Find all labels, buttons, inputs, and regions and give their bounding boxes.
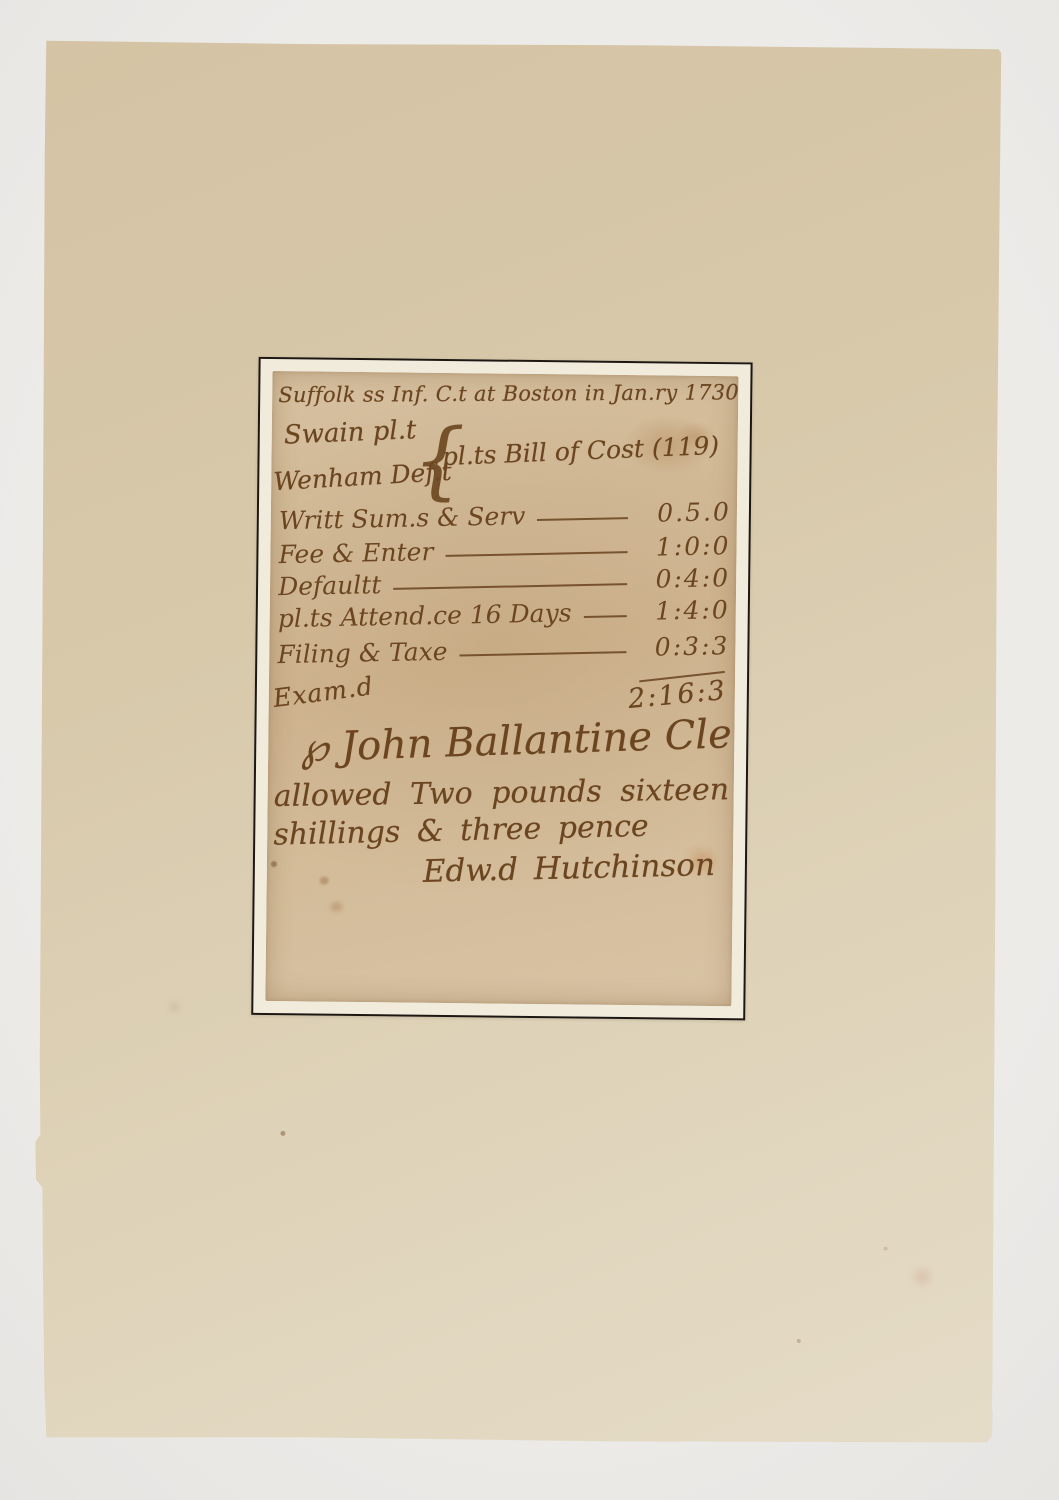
header-line: Suffolk ss Inf. C.t at Boston in Jan.ry … — [278, 380, 738, 407]
pen-rule — [537, 517, 628, 521]
fox-spot — [330, 902, 342, 912]
cost-item-label: pl.ts Attend.ce 16 Days — [278, 598, 572, 633]
cost-item-label: Writt Sum.s & Serv — [279, 501, 526, 535]
cost-item-amount: 0.5.0 — [636, 497, 732, 528]
paper-speck — [884, 1247, 888, 1251]
cost-item-label: Filing & Taxe — [277, 637, 448, 669]
cost-item-label: Defaultt — [278, 570, 382, 601]
fox-spot — [164, 999, 184, 1015]
mount-frame: Suffolk ss Inf. C.t at Boston in Jan.ry … — [251, 357, 752, 1021]
cost-item-amount: 0:4:0 — [635, 563, 731, 594]
allowance-line-1: allowed Two pounds sixteen — [273, 772, 729, 814]
ink-spot — [271, 861, 277, 867]
cost-item-amount: 0:3:3 — [634, 631, 730, 662]
cost-item-label: Fee & Enter — [278, 537, 433, 569]
manuscript-document: Suffolk ss Inf. C.t at Boston in Jan.ry … — [265, 371, 738, 1006]
plaintiff-name: Swain pl.t — [283, 415, 417, 450]
fox-spot — [907, 1265, 937, 1289]
paper-speck — [797, 1339, 801, 1343]
cost-item-row: Filing & Taxe 0:3:3 — [277, 631, 729, 669]
backing-sheet: Suffolk ss Inf. C.t at Boston in Jan.ry … — [31, 40, 1003, 1446]
pen-rule — [460, 651, 627, 656]
pen-rule — [393, 583, 627, 590]
pen-rule — [445, 551, 627, 557]
bill-title: pl.ts Bill of Cost (119) — [441, 431, 720, 471]
cost-item-amount: 1:4:0 — [634, 595, 730, 626]
cost-item-row: Writt Sum.s & Serv 0.5.0 — [279, 497, 731, 535]
clerk-signature: ℘ John Ballantine Cler — [300, 711, 739, 772]
fox-spot — [320, 877, 329, 885]
judge-signature: Edw.d Hutchinson — [423, 847, 716, 890]
paper-speck — [280, 1131, 285, 1136]
cost-item-row: pl.ts Attend.ce 16 Days 1:4:0 — [278, 595, 730, 633]
photo-backdrop: Suffolk ss Inf. C.t at Boston in Jan.ry … — [0, 0, 1059, 1500]
allowance-line-2: shillings & three pence — [273, 809, 649, 853]
examined-note: Exam.d — [271, 671, 375, 713]
pen-rule — [584, 615, 627, 618]
cost-item-amount: 1:0:0 — [635, 531, 731, 562]
